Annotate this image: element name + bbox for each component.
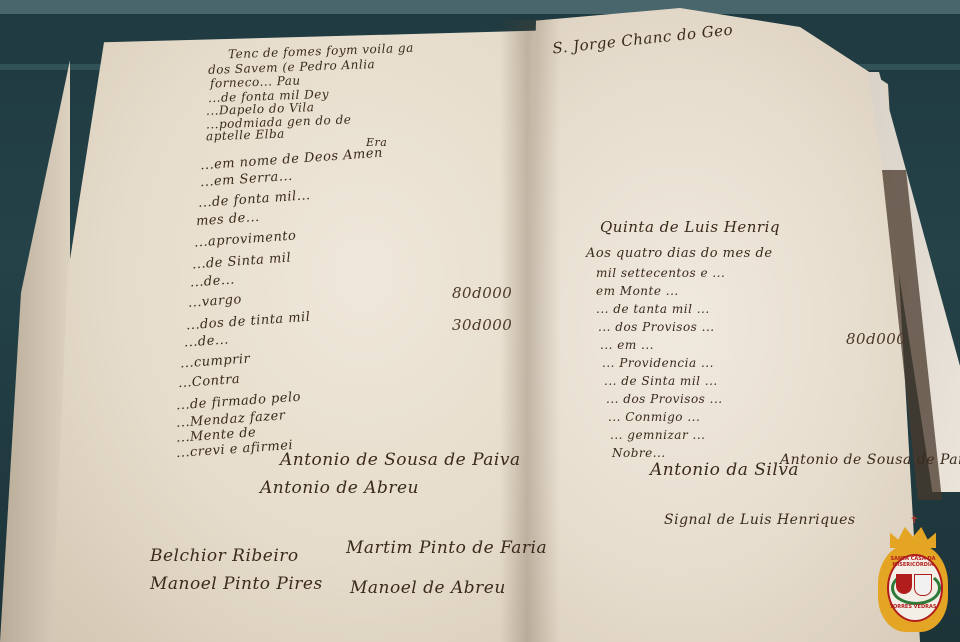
text-line: aptelle Elba	[206, 127, 285, 144]
margin-amount: 30d000	[452, 316, 512, 334]
signature: Manoel Pinto Pires	[150, 574, 323, 594]
text-line: ...de...	[184, 332, 230, 350]
signature: Martim Pinto de Faria	[346, 538, 547, 558]
text-line: Aos quatro dias do mes de	[586, 246, 773, 261]
text-line: Nobre...	[612, 446, 666, 460]
margin-amount: 80d000	[452, 284, 512, 302]
santa-casa-logo: ✝ SANTA CASA DA MISERICÓRDIA TORRES VEDR…	[868, 516, 958, 640]
text-line: ... de Sinta mil ...	[604, 374, 718, 388]
text-line: ... dos Provisos ...	[606, 392, 723, 406]
right-page	[520, 8, 920, 642]
logo-ring-text-bottom: TORRES VEDRAS	[884, 604, 942, 610]
display-case-edge	[0, 0, 960, 14]
signature: Belchior Ribeiro	[150, 546, 299, 566]
text-line: ... em ...	[600, 338, 654, 352]
text-line: ...de...	[190, 272, 236, 290]
entry-title: Quinta de Luis Henriq	[600, 218, 780, 236]
photo-scene: Tenc de fomes foym voila ga dos Savem (e…	[0, 0, 960, 642]
signature: Manoel de Abreu	[350, 578, 506, 598]
coat-of-arms-icon	[896, 574, 912, 594]
text-line: ... Providencia ...	[602, 356, 714, 370]
portuguese-shield-icon	[914, 574, 932, 596]
signature: Antonio de Sousa de Paiva	[780, 452, 960, 468]
logo-ring-text: SANTA CASA DA MISERICÓRDIA	[884, 556, 942, 568]
signature: Signal de Luis Henriques	[664, 512, 856, 528]
signature: Antonio de Abreu	[260, 478, 419, 498]
text-line: ... gemnizar ...	[610, 428, 705, 442]
text-line: ... de tanta mil ...	[596, 302, 710, 316]
text-line: ... Conmigo ...	[608, 410, 700, 424]
text-line: ... dos Provisos ...	[598, 320, 715, 334]
text-line: mil settecentos e ...	[596, 266, 725, 280]
cross-icon: ✝	[910, 516, 916, 526]
signature: Antonio da Silva	[650, 460, 799, 480]
text-line: em Monte ...	[596, 284, 679, 298]
margin-amount: 80d000	[846, 330, 906, 348]
signature: Antonio de Sousa de Paiva	[280, 450, 521, 470]
